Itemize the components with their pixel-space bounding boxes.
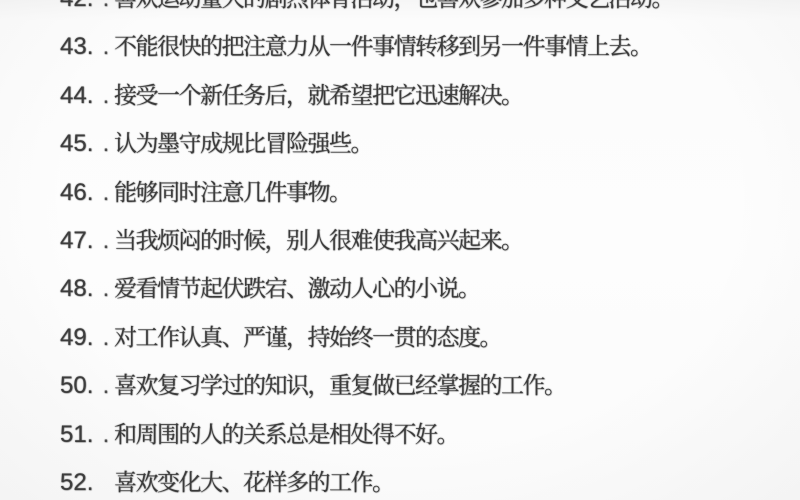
question-item-52: 52.喜欢变化大、花样多的工作。 (0, 458, 800, 500)
question-text: 喜欢运动量大的剧烈体育活动，也喜欢参加多种文艺活动。 (114, 0, 673, 11)
question-text: 认为墨守成规比冒险强些。 (114, 130, 372, 156)
question-number: 50. (60, 362, 98, 410)
question-text: 喜欢变化大、花样多的工作。 (114, 469, 394, 495)
stray-dot: . (98, 361, 114, 409)
question-item-49: 49..对工作认真、严谨，持始终一贯的态度。 (0, 313, 800, 361)
question-list: 42..喜欢运动量大的剧烈体育活动，也喜欢参加多种文艺活动。 43..不能很快的… (0, 0, 800, 500)
question-item-48: 48..爱看情节起伏跌宕、激动人心的小说。 (0, 264, 800, 312)
question-item-47: 47..当我烦闷的时候，别人很难使我高兴起来。 (0, 216, 800, 264)
question-text: 能够同时注意几件事物。 (114, 179, 351, 205)
question-text: 和周围的人的关系总是相处得不好。 (114, 421, 458, 447)
question-number: 43. (60, 23, 98, 71)
stray-dot: . (98, 71, 114, 119)
stray-dot: . (98, 168, 114, 216)
question-number: 47. (60, 217, 98, 265)
stray-dot: . (98, 216, 114, 264)
question-text: 接受一个新任务后，就希望把它迅速解决。 (114, 82, 523, 108)
stray-dot: . (98, 410, 114, 458)
question-item-51: 51..和周围的人的关系总是相处得不好。 (0, 410, 800, 458)
question-number: 52. (60, 459, 98, 500)
question-item-44: 44..接受一个新任务后，就希望把它迅速解决。 (0, 71, 800, 119)
question-text: 对工作认真、严谨，持始终一贯的态度。 (114, 324, 501, 350)
stray-dot: . (98, 313, 114, 361)
question-item-50: 50..喜欢复习学过的知识，重复做已经掌握的工作。 (0, 361, 800, 409)
question-item-45: 45..认为墨守成规比冒险强些。 (0, 119, 800, 167)
question-number: 49. (60, 314, 98, 362)
question-number: 42. (60, 0, 98, 23)
question-item-42: 42..喜欢运动量大的剧烈体育活动，也喜欢参加多种文艺活动。 (0, 0, 800, 22)
question-number: 44. (60, 72, 98, 120)
question-number: 46. (60, 169, 98, 217)
questionnaire-page: 42..喜欢运动量大的剧烈体育活动，也喜欢参加多种文艺活动。 43..不能很快的… (0, 0, 800, 500)
question-number: 48. (60, 265, 98, 313)
question-number: 51. (60, 411, 98, 459)
stray-dot: . (98, 264, 114, 312)
stray-dot: . (98, 22, 114, 70)
stray-dot: . (98, 119, 114, 167)
question-text: 当我烦闷的时候，别人很难使我高兴起来。 (114, 227, 523, 253)
question-item-43: 43..不能很快的把注意力从一件事情转移到另一件事情上去。 (0, 22, 800, 70)
stray-dot: . (98, 0, 114, 22)
question-text: 爱看情节起伏跌宕、激动人心的小说。 (114, 275, 480, 301)
question-text: 不能很快的把注意力从一件事情转移到另一件事情上去。 (114, 33, 652, 59)
question-number: 45. (60, 120, 98, 168)
question-text: 喜欢复习学过的知识，重复做已经掌握的工作。 (114, 372, 566, 398)
question-item-46: 46..能够同时注意几件事物。 (0, 168, 800, 216)
